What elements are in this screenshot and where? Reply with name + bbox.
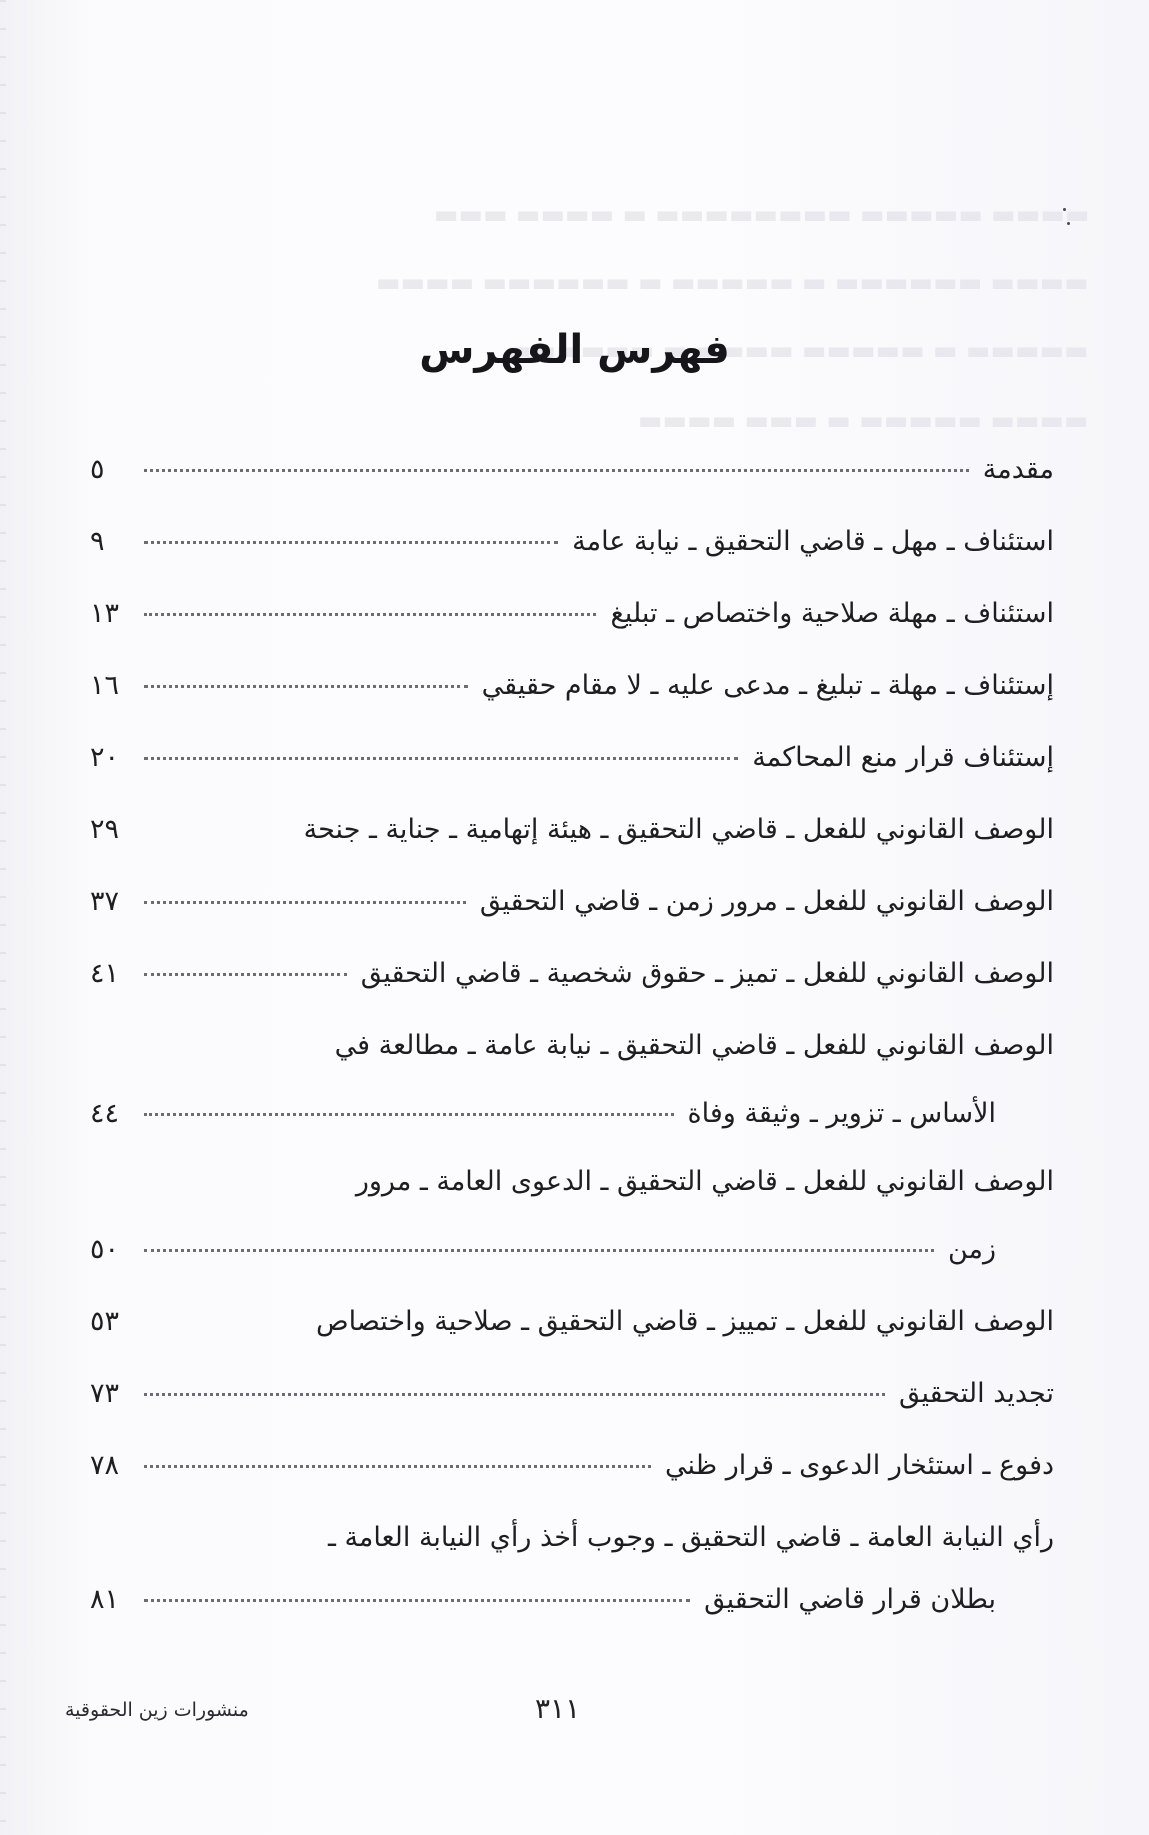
show-through-bleed: ▬▬▬▬ ▬▬▬▬▬▬ ▬ ▬▬▬▬▬ ▬ ▬▬▬▬▬▬ ▬▬▬▬ xyxy=(376,268,1089,298)
toc-entry-page: ٥٠ xyxy=(90,1230,130,1270)
dot-leader xyxy=(144,973,347,976)
toc-entry[interactable]: رأي النيابة العامة ـ قاضي التحقيق ـ وجوب… xyxy=(90,1518,1054,1620)
book-page: ▬▬▬ ▬▬▬▬ ▬ ▬▬▬▬▬▬▬▬ ▬▬▬▬▬ ▬▬▬▬ ▬▬▬▬ ▬▬▬▬… xyxy=(0,0,1149,1835)
toc-entry-page: ٢٩ xyxy=(90,810,130,850)
toc-entry[interactable]: إستئناف قرار منع المحاكمة ٢٠ xyxy=(90,738,1054,778)
toc-entry-page: ١٣ xyxy=(90,594,130,634)
toc-entry-page: ٨١ xyxy=(90,1580,130,1620)
show-through-bleed: ▬▬▬▬ ▬▬▬ ▬ ▬▬▬▬▬ ▬▬▬▬ xyxy=(638,406,1089,436)
dot-leader xyxy=(144,1599,690,1602)
dot-leader xyxy=(144,1393,885,1396)
toc-entry-title: دفوع ـ استئخار الدعوى ـ قرار ظني xyxy=(665,1446,1054,1486)
toc-entry-title: الوصف القانوني للفعل ـ تميز ـ حقوق شخصية… xyxy=(361,954,1054,994)
dot-leader xyxy=(144,1465,651,1468)
toc-entry-title: إستئناف ـ مهلة ـ تبليغ ـ مدعى عليه ـ لا … xyxy=(482,666,1054,706)
page-number: ٣١١ xyxy=(535,1692,580,1725)
toc-entry[interactable]: الوصف القانوني للفعل ـ تميز ـ حقوق شخصية… xyxy=(90,954,1054,994)
toc-entry[interactable]: الوصف القانوني للفعل ـ قاضي التحقيق ـ هي… xyxy=(90,810,1054,850)
toc-entry-page: ٤٤ xyxy=(90,1094,130,1134)
page-title: فهرس الفهرس xyxy=(0,327,1149,373)
toc-entry[interactable]: الوصف القانوني للفعل ـ مرور زمن ـ قاضي ا… xyxy=(90,882,1054,922)
toc-entry-page: ٣٧ xyxy=(90,882,130,922)
dot-leader xyxy=(144,613,596,616)
toc-entry-page: ٧٨ xyxy=(90,1446,130,1486)
dot-leader xyxy=(144,1249,934,1252)
toc-entry[interactable]: تجديد التحقيق ٧٣ xyxy=(90,1374,1054,1414)
toc-entry-title: مقدمة xyxy=(983,450,1054,490)
toc-entry[interactable]: الوصف القانوني للفعل ـ قاضي التحقيق ـ ال… xyxy=(90,1162,1054,1270)
dot-leader xyxy=(144,901,466,904)
dot-leader xyxy=(144,469,969,472)
toc-entry-title: الوصف القانوني للفعل ـ قاضي التحقيق ـ ال… xyxy=(356,1162,1054,1202)
toc-entry-title-continued: الأساس ـ تزوير ـ وثيقة وفاة xyxy=(688,1094,996,1134)
dot-leader xyxy=(144,685,468,688)
toc-entry[interactable]: استئناف ـ مهل ـ قاضي التحقيق ـ نيابة عام… xyxy=(90,522,1054,562)
toc-entry-title: الوصف القانوني للفعل ـ تمييز ـ قاضي التح… xyxy=(316,1302,1054,1342)
toc-entry[interactable]: إستئناف ـ مهلة ـ تبليغ ـ مدعى عليه ـ لا … xyxy=(90,666,1054,706)
toc-entry-title: إستئناف قرار منع المحاكمة xyxy=(752,738,1054,778)
toc-entry[interactable]: استئناف ـ مهلة صلاحية واختصاص ـ تبليغ ١٣ xyxy=(90,594,1054,634)
toc-entry-page: ٥٣ xyxy=(90,1302,130,1342)
toc-entry[interactable]: الوصف القانوني للفعل ـ قاضي التحقيق ـ ني… xyxy=(90,1026,1054,1134)
toc-entry-page: ٤١ xyxy=(90,954,130,994)
toc-entry-title: استئناف ـ مهل ـ قاضي التحقيق ـ نيابة عام… xyxy=(572,522,1054,562)
toc-entry-page: ٩ xyxy=(90,522,130,562)
toc-entry-page: ٥ xyxy=(90,450,130,490)
toc-entry-title: الوصف القانوني للفعل ـ قاضي التحقيق ـ هي… xyxy=(304,810,1054,850)
toc-entry[interactable]: الوصف القانوني للفعل ـ تمييز ـ قاضي التح… xyxy=(90,1302,1054,1342)
toc-entry-page: ١٦ xyxy=(90,666,130,706)
toc-entry[interactable]: دفوع ـ استئخار الدعوى ـ قرار ظني ٧٨ xyxy=(90,1446,1054,1486)
toc-entry-title: الوصف القانوني للفعل ـ قاضي التحقيق ـ ني… xyxy=(335,1026,1054,1066)
toc-entry-title: تجديد التحقيق xyxy=(899,1374,1054,1414)
toc-entry-page: ٧٣ xyxy=(90,1374,130,1414)
dot-leader xyxy=(144,541,558,544)
toc-entry-title: رأي النيابة العامة ـ قاضي التحقيق ـ وجوب… xyxy=(328,1518,1054,1558)
toc-entry-title-continued: بطلان قرار قاضي التحقيق xyxy=(704,1580,996,1620)
toc-entry[interactable]: مقدمة ٥ xyxy=(90,450,1054,490)
toc-entry-page: ٢٠ xyxy=(90,738,130,778)
publisher-name: منشورات زين الحقوقية xyxy=(65,1699,249,1721)
toc-entry-title: الوصف القانوني للفعل ـ مرور زمن ـ قاضي ا… xyxy=(480,882,1054,922)
dot-leader xyxy=(144,1113,674,1116)
toc-entry-title-continued: زمن xyxy=(948,1230,996,1270)
toc-entry-title: استئناف ـ مهلة صلاحية واختصاص ـ تبليغ xyxy=(610,594,1054,634)
dot-leader xyxy=(144,757,738,760)
show-through-bleed: ▬▬▬ ▬▬▬▬ ▬ ▬▬▬▬▬▬▬▬ ▬▬▬▬▬ ▬▬▬▬ xyxy=(434,200,1089,230)
scan-binding-edge xyxy=(0,0,6,1835)
scan-specks xyxy=(1063,208,1073,238)
